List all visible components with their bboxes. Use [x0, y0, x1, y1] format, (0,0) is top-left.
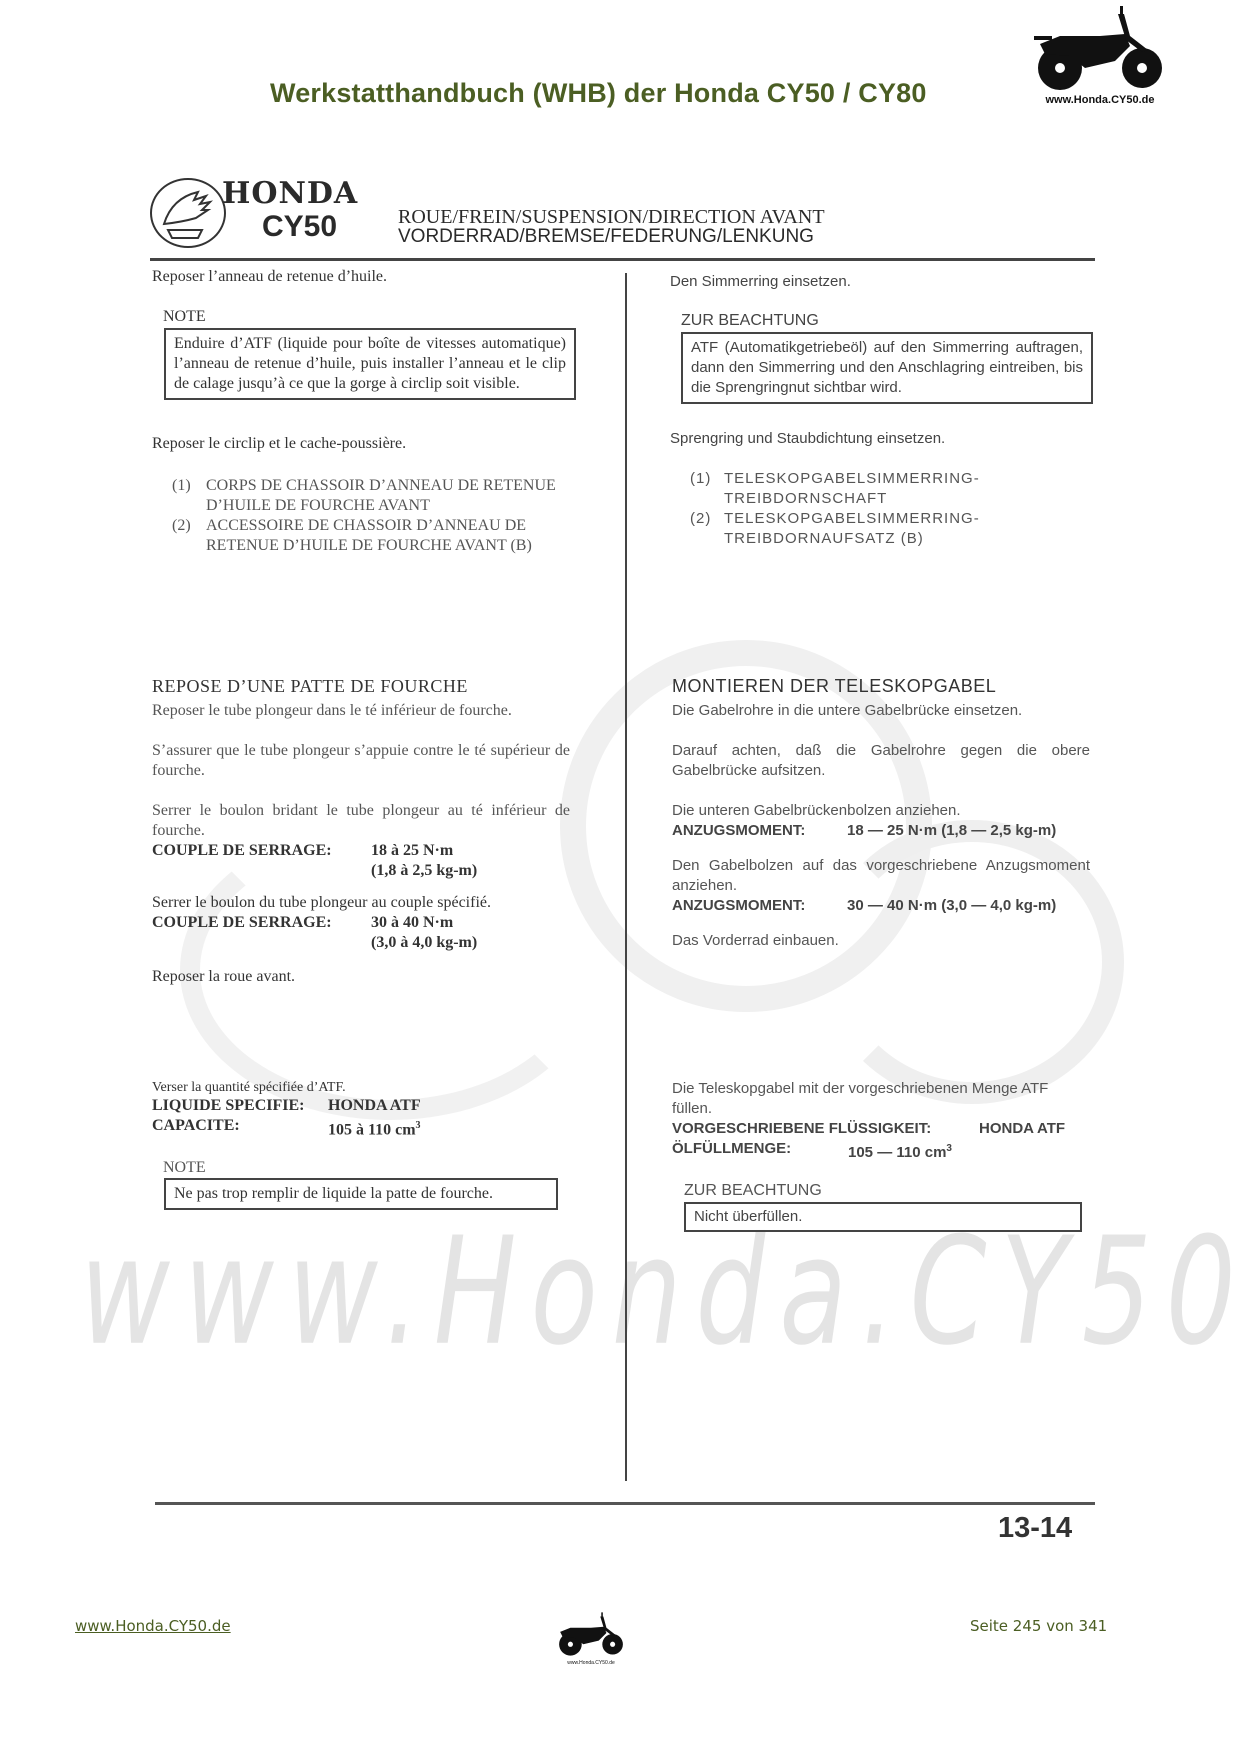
- motorcycle-icon: [1030, 6, 1170, 94]
- header-rule: [150, 258, 1095, 261]
- model-name: CY50: [262, 210, 337, 244]
- fr-p6: Verser la quantité spécifiée d’ATF.: [152, 1078, 346, 1098]
- de-p5: Das Vorderrad einbauen.: [672, 931, 839, 951]
- de-note2-box: Nicht überfüllen.: [684, 1202, 1082, 1232]
- de-torque1-label: ANZUGSMOMENT:: [672, 821, 805, 841]
- motorcycle-icon: [555, 1612, 627, 1658]
- fr-note-box: Enduire d’ATF (liquide pour boîte de vit…: [164, 328, 576, 400]
- fr-p2: S’assurer que le tube plongeur s’appuie …: [152, 741, 570, 781]
- fr-torque1-value2: (1,8 à 2,5 kg-m): [371, 861, 477, 881]
- de-fluid-label: VORGESCHRIEBENE FLÜSSIGKEIT:: [672, 1119, 931, 1139]
- fr-torque2-value: 30 à 40 N·m: [371, 913, 453, 933]
- de-torque1-value: 18 — 25 N·m (1,8 — 2,5 kg-m): [847, 821, 1056, 841]
- de-fluid-value: HONDA ATF: [979, 1119, 1065, 1139]
- tool-item: (2) ACCESSOIRE DE CHASSOIR D’ANNEAU DE R…: [172, 516, 592, 556]
- fr-p1: Reposer le tube plongeur dans le té infé…: [152, 701, 512, 721]
- manual-page-number: 13-14: [998, 1512, 1072, 1545]
- de-tools-list: (1) TELESKOPGABELSIMMERRING-TREIBDORNSCH…: [690, 469, 1020, 549]
- tool-item: (1) CORPS DE CHASSOIR D’ANNEAU DE RETENU…: [172, 476, 592, 516]
- tool-item: (2) TELESKOPGABELSIMMERRING-TREIBDORNAUF…: [690, 509, 1020, 549]
- fr-torque2-value2: (3,0 à 4,0 kg-m): [371, 933, 477, 953]
- de-section-heading: MONTIEREN DER TELESKOPGABEL: [672, 676, 996, 697]
- fr-tools-list: (1) CORPS DE CHASSOIR D’ANNEAU DE RETENU…: [172, 476, 592, 556]
- de-torque2-value: 30 — 40 N·m (3,0 — 4,0 kg-m): [847, 896, 1056, 916]
- brand-name: HONDA: [222, 176, 358, 211]
- de-p3: Die unteren Gabelbrückenbolzen anziehen.: [672, 801, 961, 821]
- fr-fluid-label: LIQUIDE SPECIFIE:: [152, 1096, 304, 1116]
- page-counter: Seite 245 von 341: [970, 1617, 1107, 1635]
- fr-p5: Reposer la roue avant.: [152, 967, 295, 987]
- website-link[interactable]: www.Honda.CY50.de: [75, 1617, 231, 1635]
- footer-rule: [155, 1502, 1095, 1505]
- fr-capacity-label: CAPACITE:: [152, 1116, 240, 1136]
- footer-motorcycle-logo: www.Honda.CY50.de: [555, 1612, 627, 1668]
- section-title-de: VORDERRAD/BREMSE/FEDERUNG/LENKUNG: [398, 226, 814, 248]
- de-p1: Die Gabelrohre in die untere Gabelbrücke…: [672, 701, 1022, 721]
- fr-torque2-label: COUPLE DE SERRAGE:: [152, 913, 332, 933]
- logo-caption: www.Honda.CY50.de: [555, 1660, 627, 1666]
- column-divider: [625, 273, 627, 1481]
- de-capacity-value: 105 — 110 cm3: [848, 1139, 952, 1163]
- de-note2-label: ZUR BEACHTUNG: [684, 1181, 822, 1201]
- fr-torque1-label: COUPLE DE SERRAGE:: [152, 841, 332, 861]
- fr-p3: Serrer le boulon bridant le tube plongeu…: [152, 801, 570, 841]
- de-torque2-label: ANZUGSMOMENT:: [672, 896, 805, 916]
- fr-capacity-value: 105 à 110 cm3: [328, 1116, 421, 1140]
- fr-step2: Reposer le circlip et le cache-poussière…: [152, 434, 406, 454]
- fr-intro: Reposer l’anneau de retenue d’huile.: [152, 267, 387, 287]
- fr-p4: Serrer le boulon du tube plongeur au cou…: [152, 893, 491, 913]
- de-p2: Darauf achten, daß die Gabelrohre gegen …: [672, 741, 1090, 781]
- logo-caption: www.Honda.CY50.de: [1030, 94, 1170, 106]
- wing-icon: [152, 180, 224, 246]
- fr-note-label: NOTE: [163, 307, 206, 327]
- de-p6: Die Teleskopgabel mit der vorgeschrieben…: [672, 1079, 1092, 1119]
- motorcycle-logo: www.Honda.CY50.de: [1030, 6, 1170, 110]
- de-intro: Den Simmerring einsetzen.: [670, 272, 851, 292]
- de-note-label: ZUR BEACHTUNG: [681, 311, 819, 331]
- fr-section-heading: REPOSE D’UNE PATTE DE FOURCHE: [152, 676, 468, 697]
- site-title: Werkstatthandbuch (WHB) der Honda CY50 /…: [270, 78, 927, 109]
- tool-item: (1) TELESKOPGABELSIMMERRING-TREIBDORNSCH…: [690, 469, 1020, 509]
- de-step2: Sprengring und Staubdichtung einsetzen.: [670, 429, 945, 449]
- de-capacity-label: ÖLFÜLLMENGE:: [672, 1139, 791, 1159]
- fr-note2-box: Ne pas trop remplir de liquide la patte …: [164, 1178, 558, 1210]
- de-p4: Den Gabelbolzen auf das vorgeschriebene …: [672, 856, 1090, 896]
- fr-fluid-value: HONDA ATF: [328, 1096, 421, 1116]
- honda-wing-emblem: [150, 178, 226, 248]
- fr-note2-label: NOTE: [163, 1158, 206, 1178]
- fr-torque1-value: 18 à 25 N·m: [371, 841, 453, 861]
- de-note-box: ATF (Automatikgetriebeöl) auf den Simmer…: [681, 332, 1093, 404]
